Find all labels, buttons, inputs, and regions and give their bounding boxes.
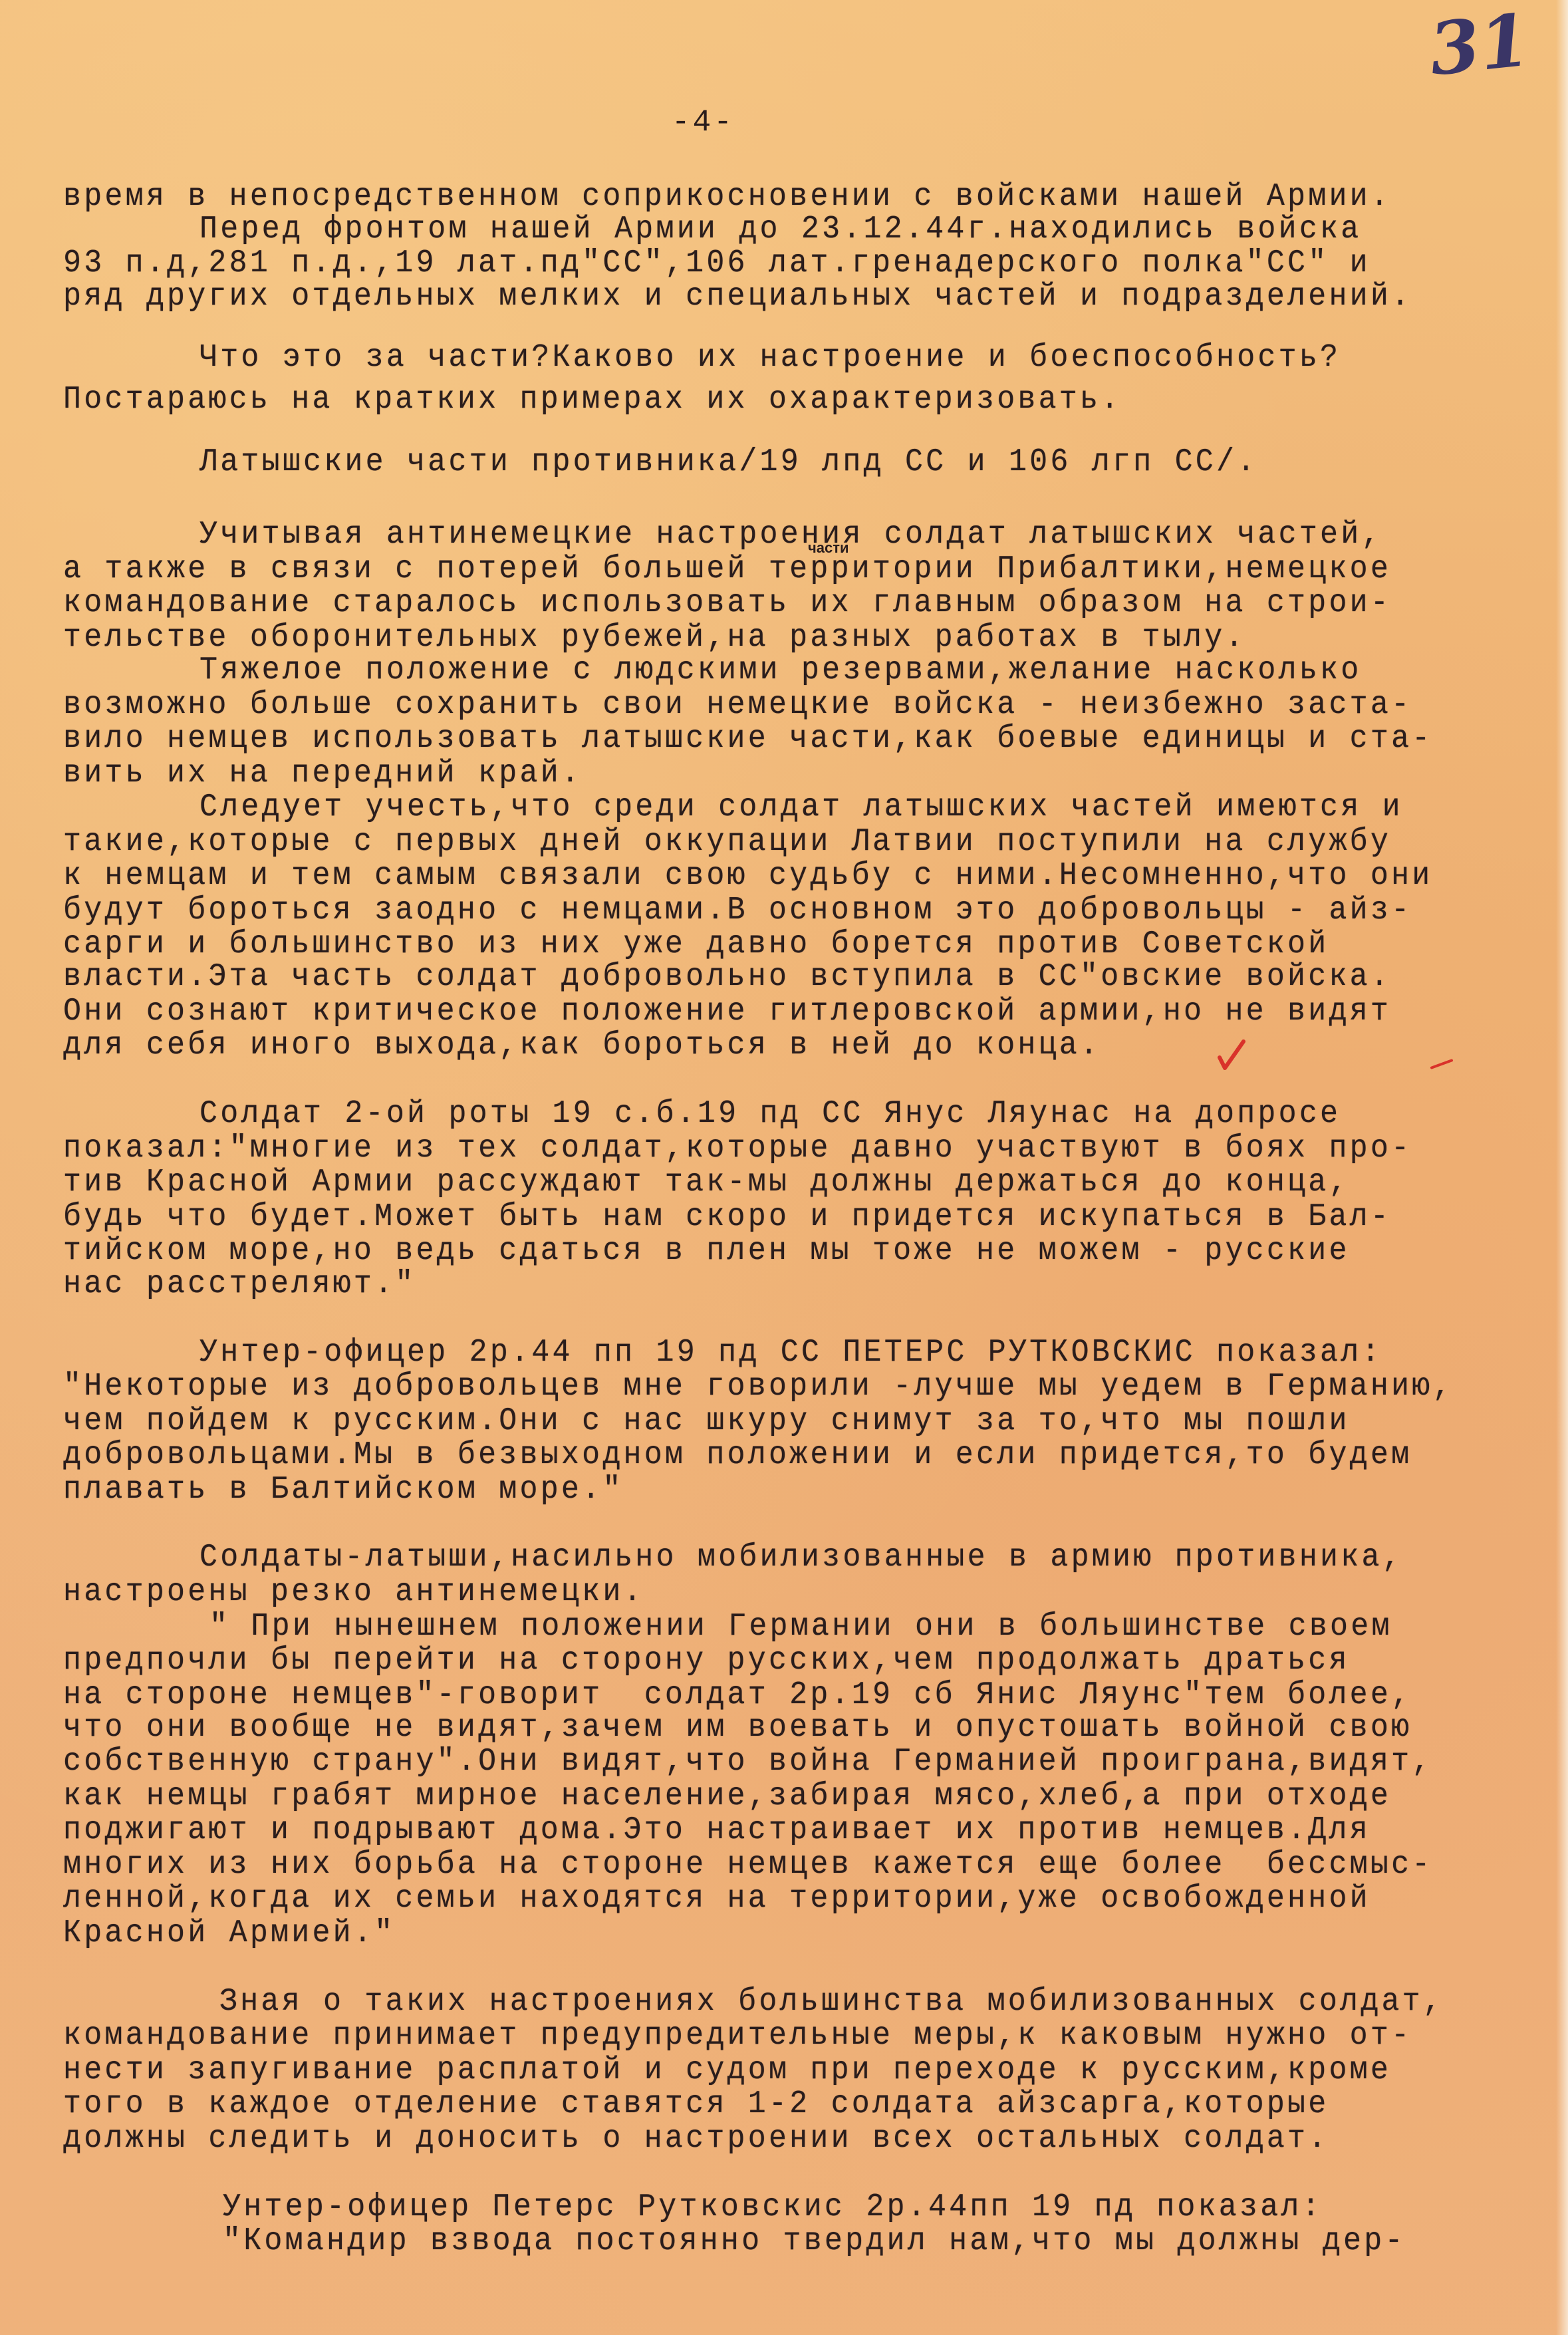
text-line: Унтер-офицер Петерс Рутковскис 2р.44пп 1… bbox=[223, 2190, 1323, 2225]
text-line: власти.Эта часть солдат добровольно всту… bbox=[63, 960, 1391, 994]
text-line: " При нынешнем положении Германии они в … bbox=[209, 1609, 1392, 1644]
text-line: будут бороться заодно с немцами.В основн… bbox=[63, 893, 1412, 928]
text-line: для себя иного выхода,как бороться в ней… bbox=[63, 1028, 1101, 1063]
text-line: что они вообще не видят,зачем им воевать… bbox=[63, 1711, 1412, 1745]
text-line: Унтер-офицер 2р.44 пп 19 пд СС ПЕТЕРС РУ… bbox=[199, 1335, 1382, 1370]
text-line: собственную страну".Они видят,что война … bbox=[63, 1744, 1433, 1779]
text-line: Тяжелое положение с людскими резервами,ж… bbox=[199, 653, 1361, 688]
text-line: многих из них борьба на стороне немцев к… bbox=[63, 1848, 1433, 1882]
red-margin-dash bbox=[1430, 1059, 1453, 1069]
text-line: нести запугивание расплатой и судом при … bbox=[63, 2053, 1391, 2088]
text-line: вить их на передний край. bbox=[63, 756, 582, 791]
text-line: Зная о таких настроениях большинства моб… bbox=[219, 1985, 1444, 2019]
red-check-mark-icon bbox=[1217, 1037, 1246, 1071]
text-line: к немцам и тем самым связали свою судьбу… bbox=[63, 859, 1433, 893]
text-line: возможно больше сохранить свои немецкие … bbox=[63, 688, 1412, 722]
text-line: Они сознают критическое положение гитлер… bbox=[63, 994, 1391, 1029]
text-line: Перед фронтом нашей Армии до 23.12.44г.н… bbox=[199, 212, 1361, 247]
text-line: Солдат 2-ой роты 19 с.б.19 пд СС Янус Ля… bbox=[199, 1097, 1341, 1131]
text-line: на стороне немцев"-говорит солдат 2р.19 … bbox=[63, 1678, 1412, 1713]
text-line: командование принимает предупредительные… bbox=[63, 2018, 1412, 2053]
text-line: тив Красной Армии рассуждают так-мы долж… bbox=[63, 1165, 1350, 1200]
scan-edge bbox=[1556, 0, 1568, 2335]
text-line: тельстве оборонительных рубежей,на разны… bbox=[63, 620, 1246, 655]
text-line: ленной,когда их семьи находятся на терри… bbox=[63, 1881, 1371, 1916]
text-line: 93 п.д,281 п.д.,19 лат.пд"СС",106 лат.гр… bbox=[63, 246, 1371, 281]
text-line: командование старалось использовать их г… bbox=[63, 586, 1391, 620]
text-line: добровольцами.Мы в безвыходном положении… bbox=[63, 1438, 1412, 1472]
text-line: показал:"многие из тех солдат,которые да… bbox=[63, 1131, 1412, 1166]
text-line: тийском море,но ведь сдаться в плен мы т… bbox=[63, 1234, 1350, 1268]
text-line: как немцы грабят мирное население,забира… bbox=[63, 1779, 1391, 1814]
text-line: время в непосредственном соприкосновении… bbox=[63, 180, 1391, 214]
text-line: настроены резко антинемецки. bbox=[63, 1575, 644, 1609]
text-line: Красной Армией." bbox=[63, 1916, 395, 1951]
text-line: нас расстреляют." bbox=[63, 1267, 416, 1302]
text-line: должны следить и доносить о настроении в… bbox=[63, 2122, 1329, 2156]
text-line: а также в связи с потерей большей террит… bbox=[63, 552, 1391, 587]
text-line: вило немцев использовать латышские части… bbox=[63, 722, 1433, 756]
text-line: чем пойдем к русским.Они с нас шкуру сни… bbox=[63, 1404, 1350, 1439]
text-line: того в каждое отделение ставятся 1-2 сол… bbox=[63, 2087, 1329, 2122]
text-line: "Командир взвода постоянно твердил нам,ч… bbox=[223, 2224, 1406, 2259]
text-line: ряд других отдельных мелких и специальны… bbox=[63, 279, 1412, 314]
text-line: Постараюсь на кратких примерах их охарак… bbox=[63, 382, 1121, 417]
text-line: будь что будет.Может быть нам скоро и пр… bbox=[63, 1200, 1391, 1234]
text-line: плавать в Балтийском море." bbox=[63, 1472, 624, 1507]
text-line: предпочли бы перейти на сторону русских,… bbox=[63, 1643, 1350, 1678]
section-heading: Латышские части противника/19 лпд СС и 1… bbox=[199, 445, 1257, 480]
text-line: поджигают и подрывают дома.Это настраива… bbox=[63, 1813, 1371, 1848]
text-line: Учитывая антинемецкие настроения солдат … bbox=[199, 517, 1382, 552]
archive-page-number: 31 bbox=[1426, 0, 1534, 92]
text-line: "Некоторые из добровольцев мне говорили … bbox=[63, 1369, 1454, 1404]
page-header-number: -4- bbox=[672, 105, 735, 140]
text-line: такие,которые с первых дней оккупации Ла… bbox=[63, 825, 1391, 859]
text-line: Что это за части?Каково их настроение и … bbox=[199, 341, 1341, 375]
text-line: сарги и большинство из них уже давно бор… bbox=[63, 927, 1329, 962]
document-page: 31 -4- время в непосредственном соприкос… bbox=[0, 0, 1568, 2335]
text-line: Солдаты-латыши,насильно мобилизованные в… bbox=[199, 1540, 1403, 1575]
text-line: Следует учесть,что среди солдат латышски… bbox=[199, 790, 1403, 825]
